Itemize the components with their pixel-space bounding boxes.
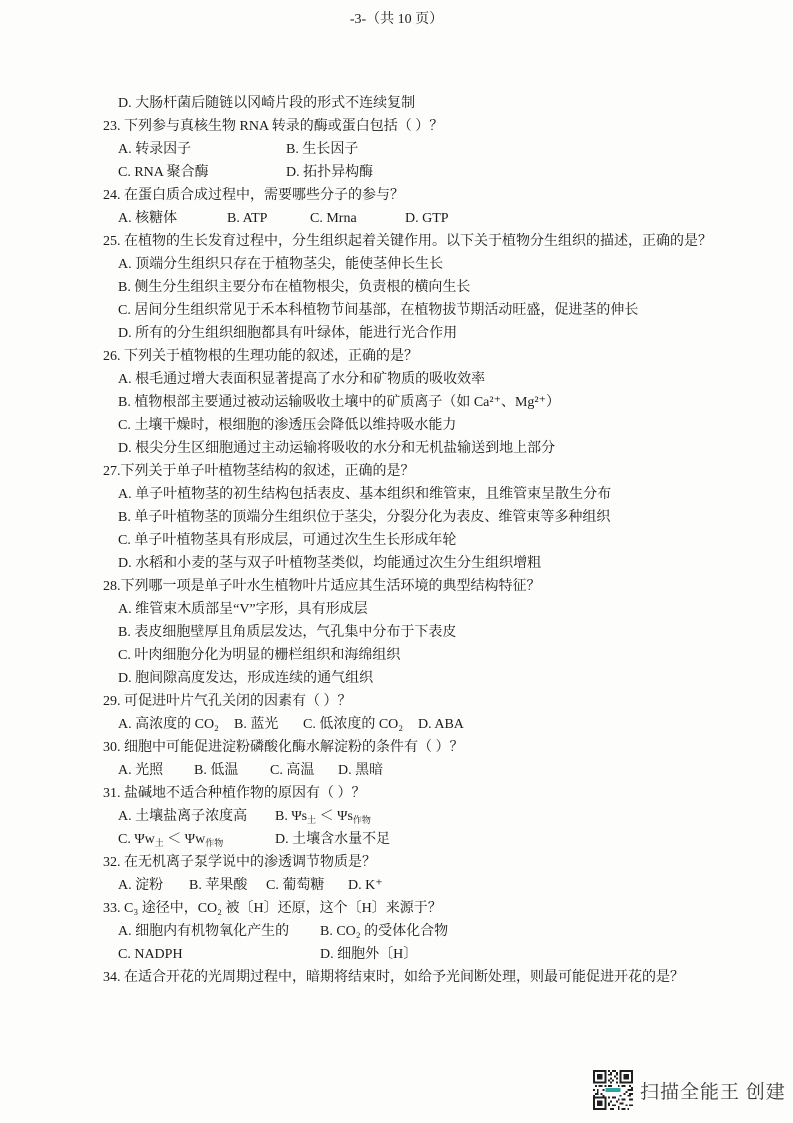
text-segment: D. 胞间隙高度发达，形成连续的通气组织: [118, 667, 373, 690]
text-segment: A. 光照: [118, 759, 194, 782]
option-line: D. 水稻和小麦的茎与双子叶植物茎类似，均能通过次生分生组织增粗: [118, 552, 793, 575]
option-line: B. 单子叶植物茎的顶端分生组织位于茎尖，分裂分化为表皮、维管束等多种组织: [118, 506, 793, 529]
option-line: D. 胞间隙高度发达，形成连续的通气组织: [118, 667, 793, 690]
text-run: 34. 在适合开花的光周期过程中，暗期将结束时，如给予光间断处理，则最可能促进开…: [103, 970, 684, 985]
text-run: D. 根尖分生区细胞通过主动运输将吸收的水分和无机盐输送到地上部分: [118, 441, 555, 456]
qr-code-icon: [593, 1070, 633, 1110]
text-run: C. Mrna: [310, 211, 357, 226]
option-line: A. 顶端分生组织只存在于植物茎尖，能使茎伸长生长: [118, 253, 793, 276]
subscript-text: 土: [307, 815, 316, 825]
exam-lines: D. 大肠杆菌后随链以冈崎片段的形式不连续复制23. 下列参与真核生物 RNA …: [0, 92, 793, 989]
text-segment: D. ABA: [418, 713, 464, 736]
text-run: B. 生长因子: [286, 142, 358, 157]
option-line: A. 转录因子B. 生长因子: [118, 138, 793, 161]
text-segment: D. 水稻和小麦的茎与双子叶植物茎类似，均能通过次生分生组织增粗: [118, 552, 541, 575]
option-line: A. 根毛通过增大表面积显著提高了水分和矿物质的吸收效率: [118, 368, 793, 391]
option-line: A. 核糖体B. ATPC. MrnaD. GTP: [118, 207, 793, 230]
text-run: 23. 下列参与真核生物 RNA 转录的酶或蛋白包括（ ）？: [103, 119, 443, 134]
text-segment: 30. 细胞中可能促进淀粉磷酸化酶水解淀粉的条件有（ ）？: [103, 736, 464, 759]
text-run: C. 土壤干燥时，根细胞的渗透压会降低以维持吸水能力: [118, 418, 456, 433]
option-line: A. 维管束木质部呈“V”字形，具有形成层: [118, 598, 793, 621]
text-run: D. 胞间隙高度发达，形成连续的通气组织: [118, 671, 373, 686]
text-run: C. Ψw: [118, 832, 155, 847]
text-run: D. 黑暗: [338, 763, 383, 778]
question-stem: 29. 可促进叶片气孔关闭的因素有（ ）？: [103, 690, 793, 713]
text-segment: D. K⁺: [348, 874, 383, 897]
text-segment: C. NADPH: [118, 943, 320, 966]
question-stem: 30. 细胞中可能促进淀粉磷酸化酶水解淀粉的条件有（ ）？: [103, 736, 793, 759]
option-line: D. 根尖分生区细胞通过主动运输将吸收的水分和无机盐输送到地上部分: [118, 437, 793, 460]
text-run: 25. 在植物的生长发育过程中，分生组织起着关键作用。以下关于植物分生组织的描述…: [103, 234, 712, 249]
option-line: A. 细胞内有机物氧化产生的B. CO₂ 的受体化合物: [118, 920, 793, 943]
text-segment: A. 转录因子: [118, 138, 286, 161]
question-stem: 24. 在蛋白质合成过程中，需要哪些分子的参与？: [103, 184, 793, 207]
option-line: C. RNA 聚合酶D. 拓扑异构酶: [118, 161, 793, 184]
page-footer: -3-（共 10 页）: [0, 8, 793, 31]
option-line: C. Ψw土 ＜ Ψw作物D. 土壤含水量不足: [118, 828, 793, 851]
text-run: C. 葡萄糖: [266, 878, 324, 893]
text-run: C. 叶肉细胞分化为明显的栅栏组织和海绵组织: [118, 648, 400, 663]
text-run: B. Ψs: [275, 809, 307, 824]
text-segment: C. RNA 聚合酶: [118, 161, 286, 184]
subscript-text: 作物: [353, 815, 371, 825]
text-run: B. 苹果酸: [189, 878, 247, 893]
text-segment: B. 单子叶植物茎的顶端分生组织位于茎尖，分裂分化为表皮、维管束等多种组织: [118, 506, 610, 529]
text-run: B. 植物根部主要通过被动运输吸收土壤中的矿质离子（如 Ca²⁺、Mg²⁺）: [118, 395, 560, 410]
text-segment: C. 单子叶植物茎具有形成层，可通过次生生长形成年轮: [118, 529, 456, 552]
text-segment: C. 叶肉细胞分化为明显的栅栏组织和海绵组织: [118, 644, 400, 667]
text-segment: D. 所有的分生组织细胞都具有叶绿体，能进行光合作用: [118, 322, 457, 345]
text-segment: A. 单子叶植物茎的初生结构包括表皮、基本组织和维管束，且维管束呈散生分布: [118, 483, 611, 506]
option-line: A. 淀粉B. 苹果酸C. 葡萄糖D. K⁺: [118, 874, 793, 897]
subscript-text: 作物: [205, 838, 223, 848]
text-run: 30. 细胞中可能促进淀粉磷酸化酶水解淀粉的条件有（ ）？: [103, 740, 464, 755]
option-line: A. 土壤盐离子浓度高B. Ψs土 ＜ Ψs作物: [118, 805, 793, 828]
scanner-watermark: 扫描全能王 创建: [593, 1070, 786, 1110]
option-line: A. 高浓度的 CO₂B. 蓝光C. 低浓度的 CO₂D. ABA: [118, 713, 793, 736]
text-run: D. 拓扑异构酶: [286, 165, 373, 180]
text-run: B. CO₂ 的受体化合物: [320, 924, 448, 939]
text-run: C. 高温: [270, 763, 314, 778]
text-run: B. 侧生分生组织主要分布在植物根尖，负责根的横向生长: [118, 280, 470, 295]
text-segment: B. 苹果酸: [189, 874, 266, 897]
text-segment: 31. 盐碱地不适合种植作物的原因有（ ）？: [103, 782, 366, 805]
text-segment: C. Mrna: [310, 207, 405, 230]
text-run: B. 低温: [194, 763, 238, 778]
text-segment: C. 居间分生组织常见于禾本科植物节间基部，在植物拔节期活动旺盛，促进茎的伸长: [118, 299, 638, 322]
text-run: A. 细胞内有机物氧化产生的: [118, 924, 289, 939]
text-segment: A. 土壤盐离子浓度高: [118, 805, 275, 828]
text-run: D. K⁺: [348, 878, 383, 893]
text-run: 27.下列关于单子叶植物茎结构的叙述，正确的是？: [103, 464, 415, 479]
text-run: D. 大肠杆菌后随链以冈崎片段的形式不连续复制: [118, 96, 415, 111]
text-run: C. NADPH: [118, 947, 183, 962]
text-run: 29. 可促进叶片气孔关闭的因素有（ ）？: [103, 694, 352, 709]
text-run: C. 单子叶植物茎具有形成层，可通过次生生长形成年轮: [118, 533, 456, 548]
text-run: 31. 盐碱地不适合种植作物的原因有（ ）？: [103, 786, 366, 801]
text-run: 33. C₃ 途径中，CO₂ 被〔H〕还原，这个〔H〕来源于？: [103, 901, 442, 916]
option-line: A. 光照B. 低温C. 高温D. 黑暗: [118, 759, 793, 782]
text-segment: A. 核糖体: [118, 207, 227, 230]
text-run: D. 水稻和小麦的茎与双子叶植物茎类似，均能通过次生分生组织增粗: [118, 556, 541, 571]
text-segment: B. 蓝光: [234, 713, 303, 736]
subscript-text: 土: [155, 838, 164, 848]
text-segment: A. 顶端分生组织只存在于植物茎尖，能使茎伸长生长: [118, 253, 443, 276]
text-run: B. ATP: [227, 211, 267, 226]
text-run: A. 单子叶植物茎的初生结构包括表皮、基本组织和维管束，且维管束呈散生分布: [118, 487, 611, 502]
scanned-exam-page: D. 大肠杆菌后随链以冈崎片段的形式不连续复制23. 下列参与真核生物 RNA …: [0, 0, 793, 1123]
text-segment: C. 低浓度的 CO₂: [303, 713, 418, 736]
text-segment: A. 维管束木质部呈“V”字形，具有形成层: [118, 598, 368, 621]
option-line: C. 居间分生组织常见于禾本科植物节间基部，在植物拔节期活动旺盛，促进茎的伸长: [118, 299, 793, 322]
text-run: B. 表皮细胞壁厚且角质层发达，气孔集中分布于下表皮: [118, 625, 456, 640]
text-run: A. 土壤盐离子浓度高: [118, 809, 247, 824]
option-line: B. 植物根部主要通过被动运输吸收土壤中的矿质离子（如 Ca²⁺、Mg²⁺）: [118, 391, 793, 414]
text-segment: 26. 下列关于植物根的生理功能的叙述，正确的是？: [103, 345, 418, 368]
text-run: ＜ Ψw: [164, 832, 205, 847]
option-line: C. 叶肉细胞分化为明显的栅栏组织和海绵组织: [118, 644, 793, 667]
text-run: B. 单子叶植物茎的顶端分生组织位于茎尖，分裂分化为表皮、维管束等多种组织: [118, 510, 610, 525]
text-segment: C. 土壤干燥时，根细胞的渗透压会降低以维持吸水能力: [118, 414, 456, 437]
option-line: D. 所有的分生组织细胞都具有叶绿体，能进行光合作用: [118, 322, 793, 345]
text-run: A. 顶端分生组织只存在于植物茎尖，能使茎伸长生长: [118, 257, 443, 272]
text-segment: B. CO₂ 的受体化合物: [320, 920, 448, 943]
text-segment: B. 植物根部主要通过被动运输吸收土壤中的矿质离子（如 Ca²⁺、Mg²⁺）: [118, 391, 560, 414]
text-run: D. GTP: [405, 211, 449, 226]
text-segment: 29. 可促进叶片气孔关闭的因素有（ ）？: [103, 690, 352, 713]
question-stem: 32. 在无机离子泵学说中的渗透调节物质是？: [103, 851, 793, 874]
text-run: C. RNA 聚合酶: [118, 165, 209, 180]
text-run: B. 蓝光: [234, 717, 278, 732]
question-stem: 34. 在适合开花的光周期过程中，暗期将结束时，如给予光间断处理，则最可能促进开…: [103, 966, 793, 989]
option-line: D. 大肠杆菌后随链以冈崎片段的形式不连续复制: [118, 92, 793, 115]
text-segment: 25. 在植物的生长发育过程中，分生组织起着关键作用。以下关于植物分生组织的描述…: [103, 230, 712, 253]
text-segment: 24. 在蛋白质合成过程中，需要哪些分子的参与？: [103, 184, 404, 207]
option-line: B. 表皮细胞壁厚且角质层发达，气孔集中分布于下表皮: [118, 621, 793, 644]
text-run: 26. 下列关于植物根的生理功能的叙述，正确的是？: [103, 349, 418, 364]
text-segment: D. 大肠杆菌后随链以冈崎片段的形式不连续复制: [118, 92, 415, 115]
text-run: A. 转录因子: [118, 142, 191, 157]
question-stem: 23. 下列参与真核生物 RNA 转录的酶或蛋白包括（ ）？: [103, 115, 793, 138]
text-segment: B. 低温: [194, 759, 270, 782]
text-run: C. 低浓度的 CO₂: [303, 717, 403, 732]
text-segment: C. 高温: [270, 759, 338, 782]
text-segment: A. 根毛通过增大表面积显著提高了水分和矿物质的吸收效率: [118, 368, 485, 391]
question-stem: 28.下列哪一项是单子叶水生植物叶片适应其生活环境的典型结构特征？: [103, 575, 793, 598]
text-segment: A. 细胞内有机物氧化产生的: [118, 920, 320, 943]
text-segment: B. 生长因子: [286, 138, 358, 161]
question-stem: 25. 在植物的生长发育过程中，分生组织起着关键作用。以下关于植物分生组织的描述…: [103, 230, 793, 253]
question-stem: 31. 盐碱地不适合种植作物的原因有（ ）？: [103, 782, 793, 805]
option-line: C. 单子叶植物茎具有形成层，可通过次生生长形成年轮: [118, 529, 793, 552]
text-segment: B. ATP: [227, 207, 310, 230]
text-run: D. 所有的分生组织细胞都具有叶绿体，能进行光合作用: [118, 326, 457, 341]
text-segment: 32. 在无机离子泵学说中的渗透调节物质是？: [103, 851, 376, 874]
watermark-label: 扫描全能王 创建: [640, 1077, 786, 1104]
text-run: ＜ Ψs: [316, 809, 353, 824]
question-stem: 27.下列关于单子叶植物茎结构的叙述，正确的是？: [103, 460, 793, 483]
question-stem: 33. C₃ 途径中，CO₂ 被〔H〕还原，这个〔H〕来源于？: [103, 897, 793, 920]
text-run: 28.下列哪一项是单子叶水生植物叶片适应其生活环境的典型结构特征？: [103, 579, 541, 594]
text-segment: B. 侧生分生组织主要分布在植物根尖，负责根的横向生长: [118, 276, 470, 299]
text-segment: D. 细胞外〔H〕: [320, 943, 417, 966]
text-run: A. 淀粉: [118, 878, 163, 893]
text-run: A. 核糖体: [118, 211, 177, 226]
text-segment: B. 表皮细胞壁厚且角质层发达，气孔集中分布于下表皮: [118, 621, 456, 644]
option-line: C. 土壤干燥时，根细胞的渗透压会降低以维持吸水能力: [118, 414, 793, 437]
text-run: D. 土壤含水量不足: [275, 832, 390, 847]
text-segment: A. 高浓度的 CO₂: [118, 713, 234, 736]
option-line: B. 侧生分生组织主要分布在植物根尖，负责根的横向生长: [118, 276, 793, 299]
text-segment: 27.下列关于单子叶植物茎结构的叙述，正确的是？: [103, 460, 415, 483]
text-run: A. 高浓度的 CO₂: [118, 717, 219, 732]
text-segment: 28.下列哪一项是单子叶水生植物叶片适应其生活环境的典型结构特征？: [103, 575, 541, 598]
text-segment: D. 根尖分生区细胞通过主动运输将吸收的水分和无机盐输送到地上部分: [118, 437, 555, 460]
text-segment: 33. C₃ 途径中，CO₂ 被〔H〕还原，这个〔H〕来源于？: [103, 897, 442, 920]
text-segment: 23. 下列参与真核生物 RNA 转录的酶或蛋白包括（ ）？: [103, 115, 443, 138]
text-run: D. 细胞外〔H〕: [320, 947, 417, 962]
option-line: A. 单子叶植物茎的初生结构包括表皮、基本组织和维管束，且维管束呈散生分布: [118, 483, 793, 506]
text-segment: D. 拓扑异构酶: [286, 161, 373, 184]
text-run: 32. 在无机离子泵学说中的渗透调节物质是？: [103, 855, 376, 870]
text-run: A. 光照: [118, 763, 163, 778]
question-stem: 26. 下列关于植物根的生理功能的叙述，正确的是？: [103, 345, 793, 368]
text-run: C. 居间分生组织常见于禾本科植物节间基部，在植物拔节期活动旺盛，促进茎的伸长: [118, 303, 638, 318]
text-segment: D. GTP: [405, 207, 449, 230]
text-segment: C. 葡萄糖: [266, 874, 348, 897]
text-run: 24. 在蛋白质合成过程中，需要哪些分子的参与？: [103, 188, 404, 203]
text-run: A. 维管束木质部呈“V”字形，具有形成层: [118, 602, 368, 617]
text-segment: D. 黑暗: [338, 759, 383, 782]
option-line: C. NADPHD. 细胞外〔H〕: [118, 943, 793, 966]
text-segment: 34. 在适合开花的光周期过程中，暗期将结束时，如给予光间断处理，则最可能促进开…: [103, 966, 684, 989]
text-segment: D. 土壤含水量不足: [275, 828, 390, 851]
text-run: A. 根毛通过增大表面积显著提高了水分和矿物质的吸收效率: [118, 372, 485, 387]
text-segment: A. 淀粉: [118, 874, 189, 897]
text-run: D. ABA: [418, 717, 464, 732]
